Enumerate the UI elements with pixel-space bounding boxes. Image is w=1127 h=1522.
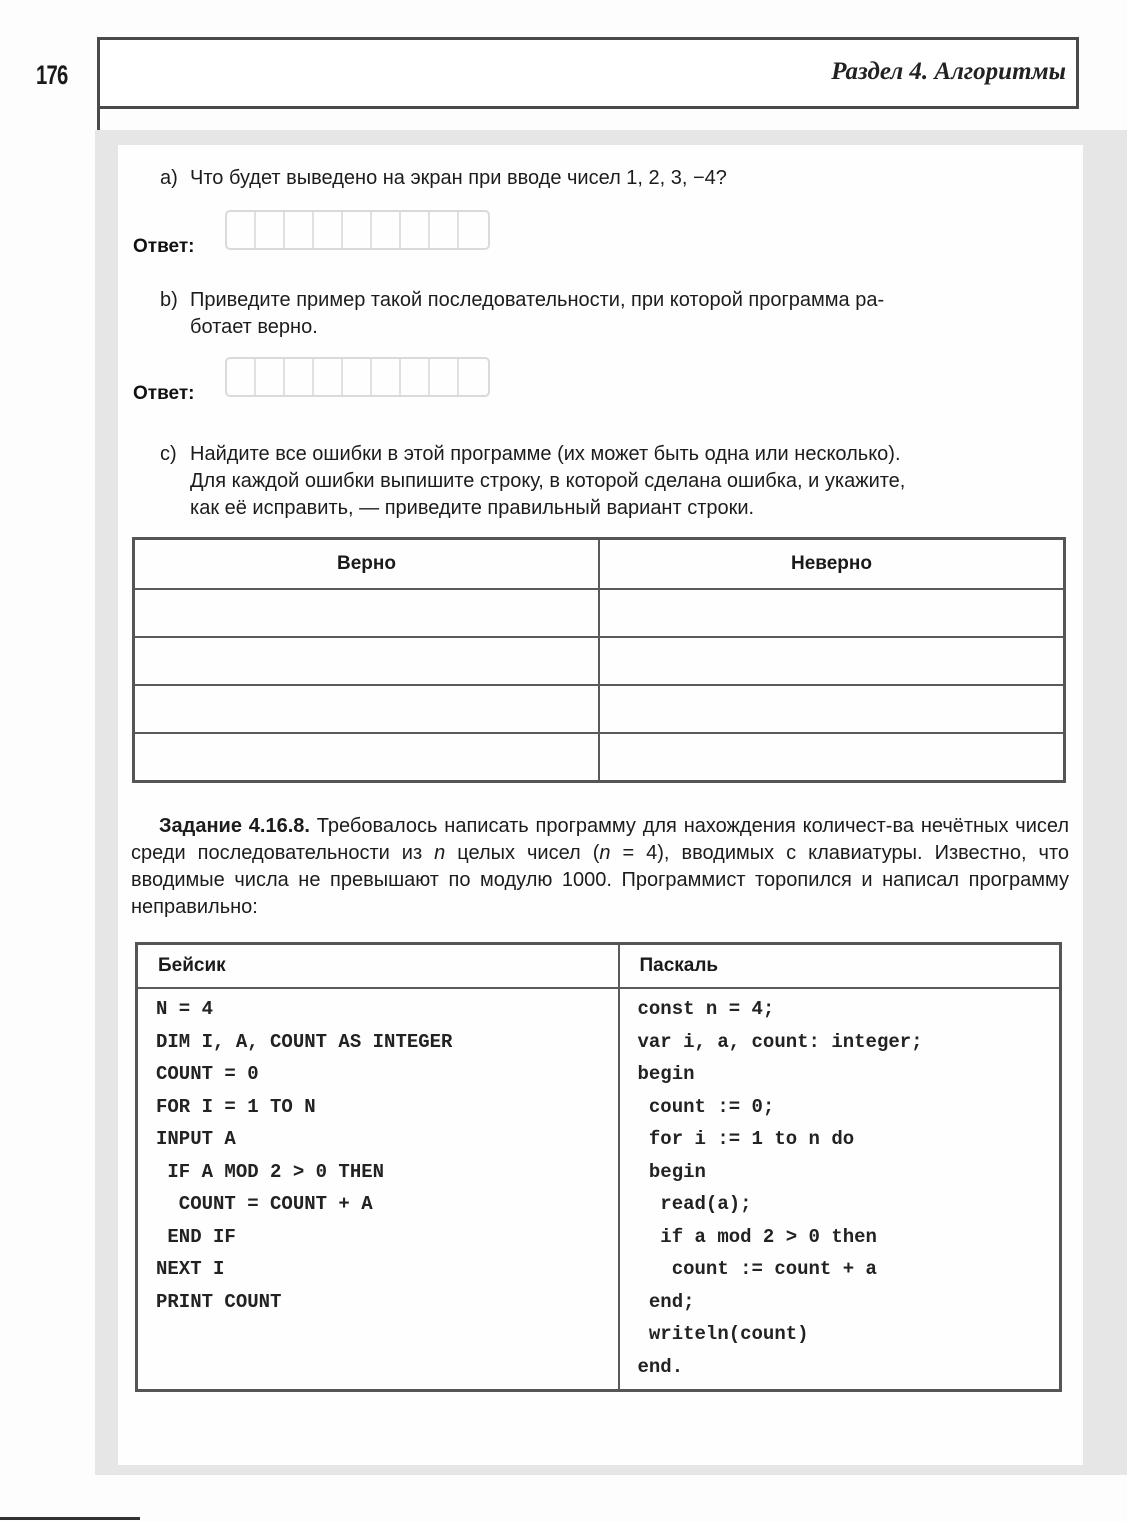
code-line: N = 4 <box>156 993 600 1026</box>
answer-a-label: Ответ: <box>133 236 194 258</box>
code-line: IF A MOD 2 > 0 THEN <box>156 1156 600 1189</box>
code-line: DIM I, A, COUNT AS INTEGER <box>156 1026 600 1059</box>
task-text-2: целых чисел ( <box>445 842 599 864</box>
answer-cell[interactable] <box>430 212 459 248</box>
code-line: COUNT = COUNT + A <box>156 1188 600 1221</box>
basic-code: N = 4DIM I, A, COUNT AS INTEGERCOUNT = 0… <box>137 988 619 1391</box>
answer-a-field[interactable] <box>225 210 490 250</box>
answer-b-field[interactable] <box>225 357 490 397</box>
code-line: const n = 4; <box>638 993 1042 1026</box>
question-a-text: Что будет выведено на экран при вводе чи… <box>190 165 727 192</box>
code-line: FOR I = 1 TO N <box>156 1091 600 1124</box>
incorrect-cell[interactable] <box>599 733 1065 782</box>
code-line: var i, a, count: integer; <box>638 1026 1042 1059</box>
code-line: writeln(count) <box>638 1318 1042 1351</box>
code-line: count := 0; <box>638 1091 1042 1124</box>
answer-cell[interactable] <box>459 212 488 248</box>
column-header-incorrect: Неверно <box>599 539 1065 590</box>
answer-cell[interactable] <box>430 359 459 395</box>
code-line: END IF <box>156 1221 600 1254</box>
code-line: end; <box>638 1286 1042 1319</box>
column-header-correct: Верно <box>134 539 600 590</box>
code-line: count := count + a <box>638 1253 1042 1286</box>
correct-cell[interactable] <box>134 685 600 733</box>
code-line: read(a); <box>638 1188 1042 1221</box>
pascal-code: const n = 4;var i, a, count: integer;beg… <box>619 988 1061 1391</box>
column-header-basic: Бейсик <box>137 944 619 989</box>
answer-cell[interactable] <box>401 359 430 395</box>
answer-cell[interactable] <box>256 212 285 248</box>
code-line: for i := 1 to n do <box>638 1123 1042 1156</box>
question-c: c) Найдите все ошибки в этой программе (… <box>160 441 1070 468</box>
section-title: Раздел 4. Алгоритмы <box>831 58 1066 86</box>
answer-cell[interactable] <box>285 359 314 395</box>
code-line: COUNT = 0 <box>156 1058 600 1091</box>
table-row <box>134 685 1065 733</box>
answer-b-label: Ответ: <box>133 383 194 405</box>
table-row <box>134 637 1065 685</box>
code-line: NEXT I <box>156 1253 600 1286</box>
code-line: if a mod 2 > 0 then <box>638 1221 1042 1254</box>
task-description: Задание 4.16.8. Требовалось написать про… <box>131 813 1069 921</box>
corrections-table: Верно Неверно <box>132 537 1066 783</box>
code-line: INPUT A <box>156 1123 600 1156</box>
correct-cell[interactable] <box>134 733 600 782</box>
task-title: Задание 4.16.8. <box>159 815 310 837</box>
page-edge-line <box>0 1517 140 1520</box>
question-a: a) Что будет выведено на экран при вводе… <box>160 165 1060 192</box>
answer-cell[interactable] <box>372 359 401 395</box>
code-table: Бейсик Паскаль N = 4DIM I, A, COUNT AS I… <box>135 942 1062 1392</box>
column-header-pascal: Паскаль <box>619 944 1061 989</box>
question-c-line-3: как её исправить, — приведите правильный… <box>190 495 1070 522</box>
table-row <box>134 733 1065 782</box>
question-b: b) Приведите пример такой последовательн… <box>160 287 1070 314</box>
correct-cell[interactable] <box>134 637 600 685</box>
question-c-line-2: Для каждой ошибки выпишите строку, в кот… <box>190 468 1070 495</box>
answer-cell[interactable] <box>401 212 430 248</box>
answer-cell[interactable] <box>256 359 285 395</box>
question-c-label: c) <box>160 441 190 468</box>
answer-cell[interactable] <box>227 212 256 248</box>
task-var-n-2: n <box>599 842 610 864</box>
correct-cell[interactable] <box>134 589 600 637</box>
incorrect-cell[interactable] <box>599 637 1065 685</box>
section-header: Раздел 4. Алгоритмы <box>97 37 1079 109</box>
answer-cell[interactable] <box>227 359 256 395</box>
code-line: PRINT COUNT <box>156 1286 600 1319</box>
code-line: begin <box>638 1058 1042 1091</box>
incorrect-cell[interactable] <box>599 685 1065 733</box>
table-row <box>134 589 1065 637</box>
question-c-line-1: Найдите все ошибки в этой программе (их … <box>190 441 1070 468</box>
header-divider <box>97 105 100 133</box>
answer-cell[interactable] <box>285 212 314 248</box>
page-number: 176 <box>36 60 68 91</box>
answer-cell[interactable] <box>314 212 343 248</box>
task-var-n: n <box>434 842 445 864</box>
code-line: begin <box>638 1156 1042 1189</box>
question-b-line-1: Приведите пример такой последовательност… <box>190 287 1070 314</box>
answer-cell[interactable] <box>343 212 372 248</box>
code-line: end. <box>638 1351 1042 1384</box>
answer-cell[interactable] <box>314 359 343 395</box>
question-b-label: b) <box>160 287 190 314</box>
incorrect-cell[interactable] <box>599 589 1065 637</box>
answer-cell[interactable] <box>343 359 372 395</box>
question-b-line-2: ботает верно. <box>190 314 1070 341</box>
answer-cell[interactable] <box>459 359 488 395</box>
answer-cell[interactable] <box>372 212 401 248</box>
question-a-label: a) <box>160 165 190 192</box>
